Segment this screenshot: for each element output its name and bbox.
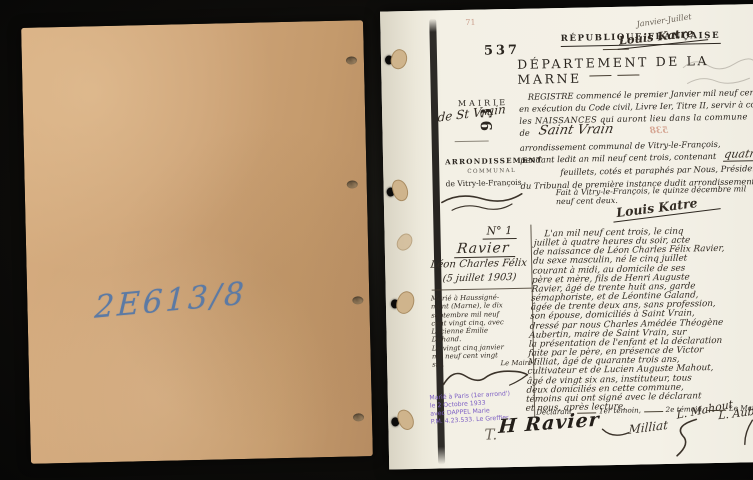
mirrored-stamp-number: 538 xyxy=(649,125,668,137)
control-number-stamp: 93 xyxy=(477,106,495,131)
act-given-names: Léon Charles Félix xyxy=(430,258,528,271)
margin-top-line xyxy=(432,288,532,291)
binding-tie xyxy=(388,47,410,71)
binding-tie xyxy=(395,407,417,432)
label-witness1: 1er témoin, xyxy=(599,405,641,415)
pencil-mark: T. xyxy=(484,425,497,443)
signature-witness1: Milliat xyxy=(628,418,668,437)
stamp-flourish xyxy=(440,193,525,217)
mayor-paraph-flourish xyxy=(439,365,532,393)
binding-tie xyxy=(394,231,416,254)
stamp-divider xyxy=(455,140,489,142)
communal-label: COMMUNAL xyxy=(467,168,516,175)
register-page: 71 537 RÉPUBLIQUE FRANÇAISE Janvier-Juil… xyxy=(380,4,753,470)
sheet-number: 537 xyxy=(484,43,520,59)
binding-hole xyxy=(346,56,357,64)
signature-rule xyxy=(644,410,663,412)
left-cover-page: 2E613/8 xyxy=(21,20,373,464)
mairie-commune-handwritten: de St Vrain xyxy=(437,102,506,125)
binding-hole xyxy=(353,413,364,421)
binding-tie xyxy=(390,178,411,203)
signature-paraph-flourish xyxy=(666,415,707,458)
binding-hole xyxy=(347,180,358,188)
corner-signature: Louis Katre xyxy=(616,24,708,50)
arrondissement-seat: de Vitry-le-François xyxy=(445,178,521,189)
binding-hole xyxy=(352,296,363,304)
commune-fill-handwritten: Saint Vrain xyxy=(537,124,614,138)
marriage-marginal-note: Marié à Haussigné- mont (Marne), le dix … xyxy=(431,293,532,370)
feuillets-fill-handwritten: quatre xyxy=(723,148,753,162)
act-surname: Ravier xyxy=(454,240,516,258)
register-scan: 2E613/8 71 537 RÉPUBLIQUE FRANÇAISE Janv… xyxy=(0,0,753,480)
binding-tie xyxy=(393,289,418,317)
act-number: N° 1 xyxy=(482,224,516,240)
signature-stroke-flourish xyxy=(740,418,753,446)
act-body-text: L'an mil neuf cent trois, le cinq juille… xyxy=(525,226,753,414)
signature-tail-flourish xyxy=(600,425,630,440)
archive-cote: 2E613/8 xyxy=(94,275,248,325)
registre-line-pre: de xyxy=(519,128,529,138)
act-birth-date: (5 juillet 1903) xyxy=(442,272,517,285)
faint-folio-number: 71 xyxy=(465,18,475,27)
registre-paragraph: REGISTRE commencé le premier Janvier mil… xyxy=(519,86,753,191)
